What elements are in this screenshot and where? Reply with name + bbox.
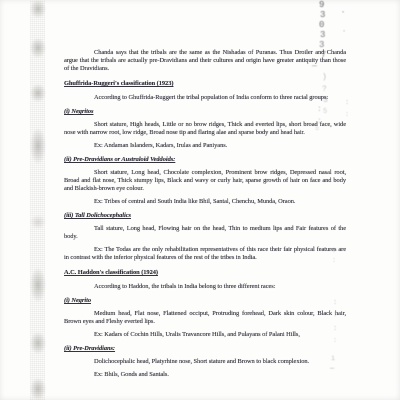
scan-smudge (30, 0, 46, 18)
scan-smudge (30, 128, 46, 164)
group-example-pre-dravidians: Ex: Tribes of central and South India li… (94, 198, 346, 206)
group-body-negrito: Medium head, Flat nose, Flattened occipu… (64, 310, 346, 326)
section-heading-haddon: A.C. Haddon's classification (1924) (64, 269, 346, 277)
scan-smudge (30, 38, 46, 58)
group-heading-negritos: (i) Negritos (64, 108, 346, 116)
section-heading-ruggeri: Ghuffrida-Ruggeri's classification (1923… (64, 80, 346, 88)
group-example-haddon-pre-dravidians: Ex: Bhils, Gonds and Santals. (94, 371, 346, 379)
scan-smudge (30, 268, 46, 302)
document-text-block: Chanda says that the tribals are the sam… (64, 49, 346, 384)
intro-paragraph: Chanda says that the tribals are the sam… (64, 49, 346, 73)
group-heading-negrito: (i) Negrito (64, 297, 346, 305)
haddon-intro-paragraph: According to Haddon, the tribals in Indi… (64, 283, 346, 291)
scan-smudge (30, 84, 46, 102)
group-heading-tall-dolichocephalics: (iii) Tall Dolichocephalics (64, 212, 346, 220)
scanned-document-page: { "document": { "intro": "Chanda says th… (0, 0, 400, 400)
scan-smudge (30, 332, 46, 354)
group-example-negrito: Ex: Kadars of Cochin Hills, Uralis Trava… (94, 331, 346, 339)
group-body-haddon-pre-dravidians: Dolichocephalic head, Platyrhine nose, S… (94, 358, 346, 366)
group-body-tall-dolichocephalics: Tall stature, Long head, Flowing hair on… (64, 225, 346, 241)
group-body-pre-dravidians: Short stature, Long head, Chocolate comp… (64, 169, 346, 193)
group-example-tall-dolichocephalics: Ex: The Todas are the only rehabilitatio… (64, 246, 346, 262)
scan-smudge (30, 378, 46, 400)
scan-smudge (30, 215, 46, 229)
ruggeri-intro-paragraph: According to Ghuffrida-Ruggeri the triba… (64, 94, 346, 102)
group-example-negritos: Ex: Andaman Islanders, Kadars, Irulas an… (94, 142, 346, 150)
group-heading-pre-dravidians: (ii) Pre-Dravidians or Australoid Veddoi… (64, 156, 346, 164)
group-body-negritos: Short stature, High heads, Little or no … (64, 121, 346, 137)
group-heading-haddon-pre-dravidians: (ii) Pre-Dravidians: (64, 345, 346, 353)
